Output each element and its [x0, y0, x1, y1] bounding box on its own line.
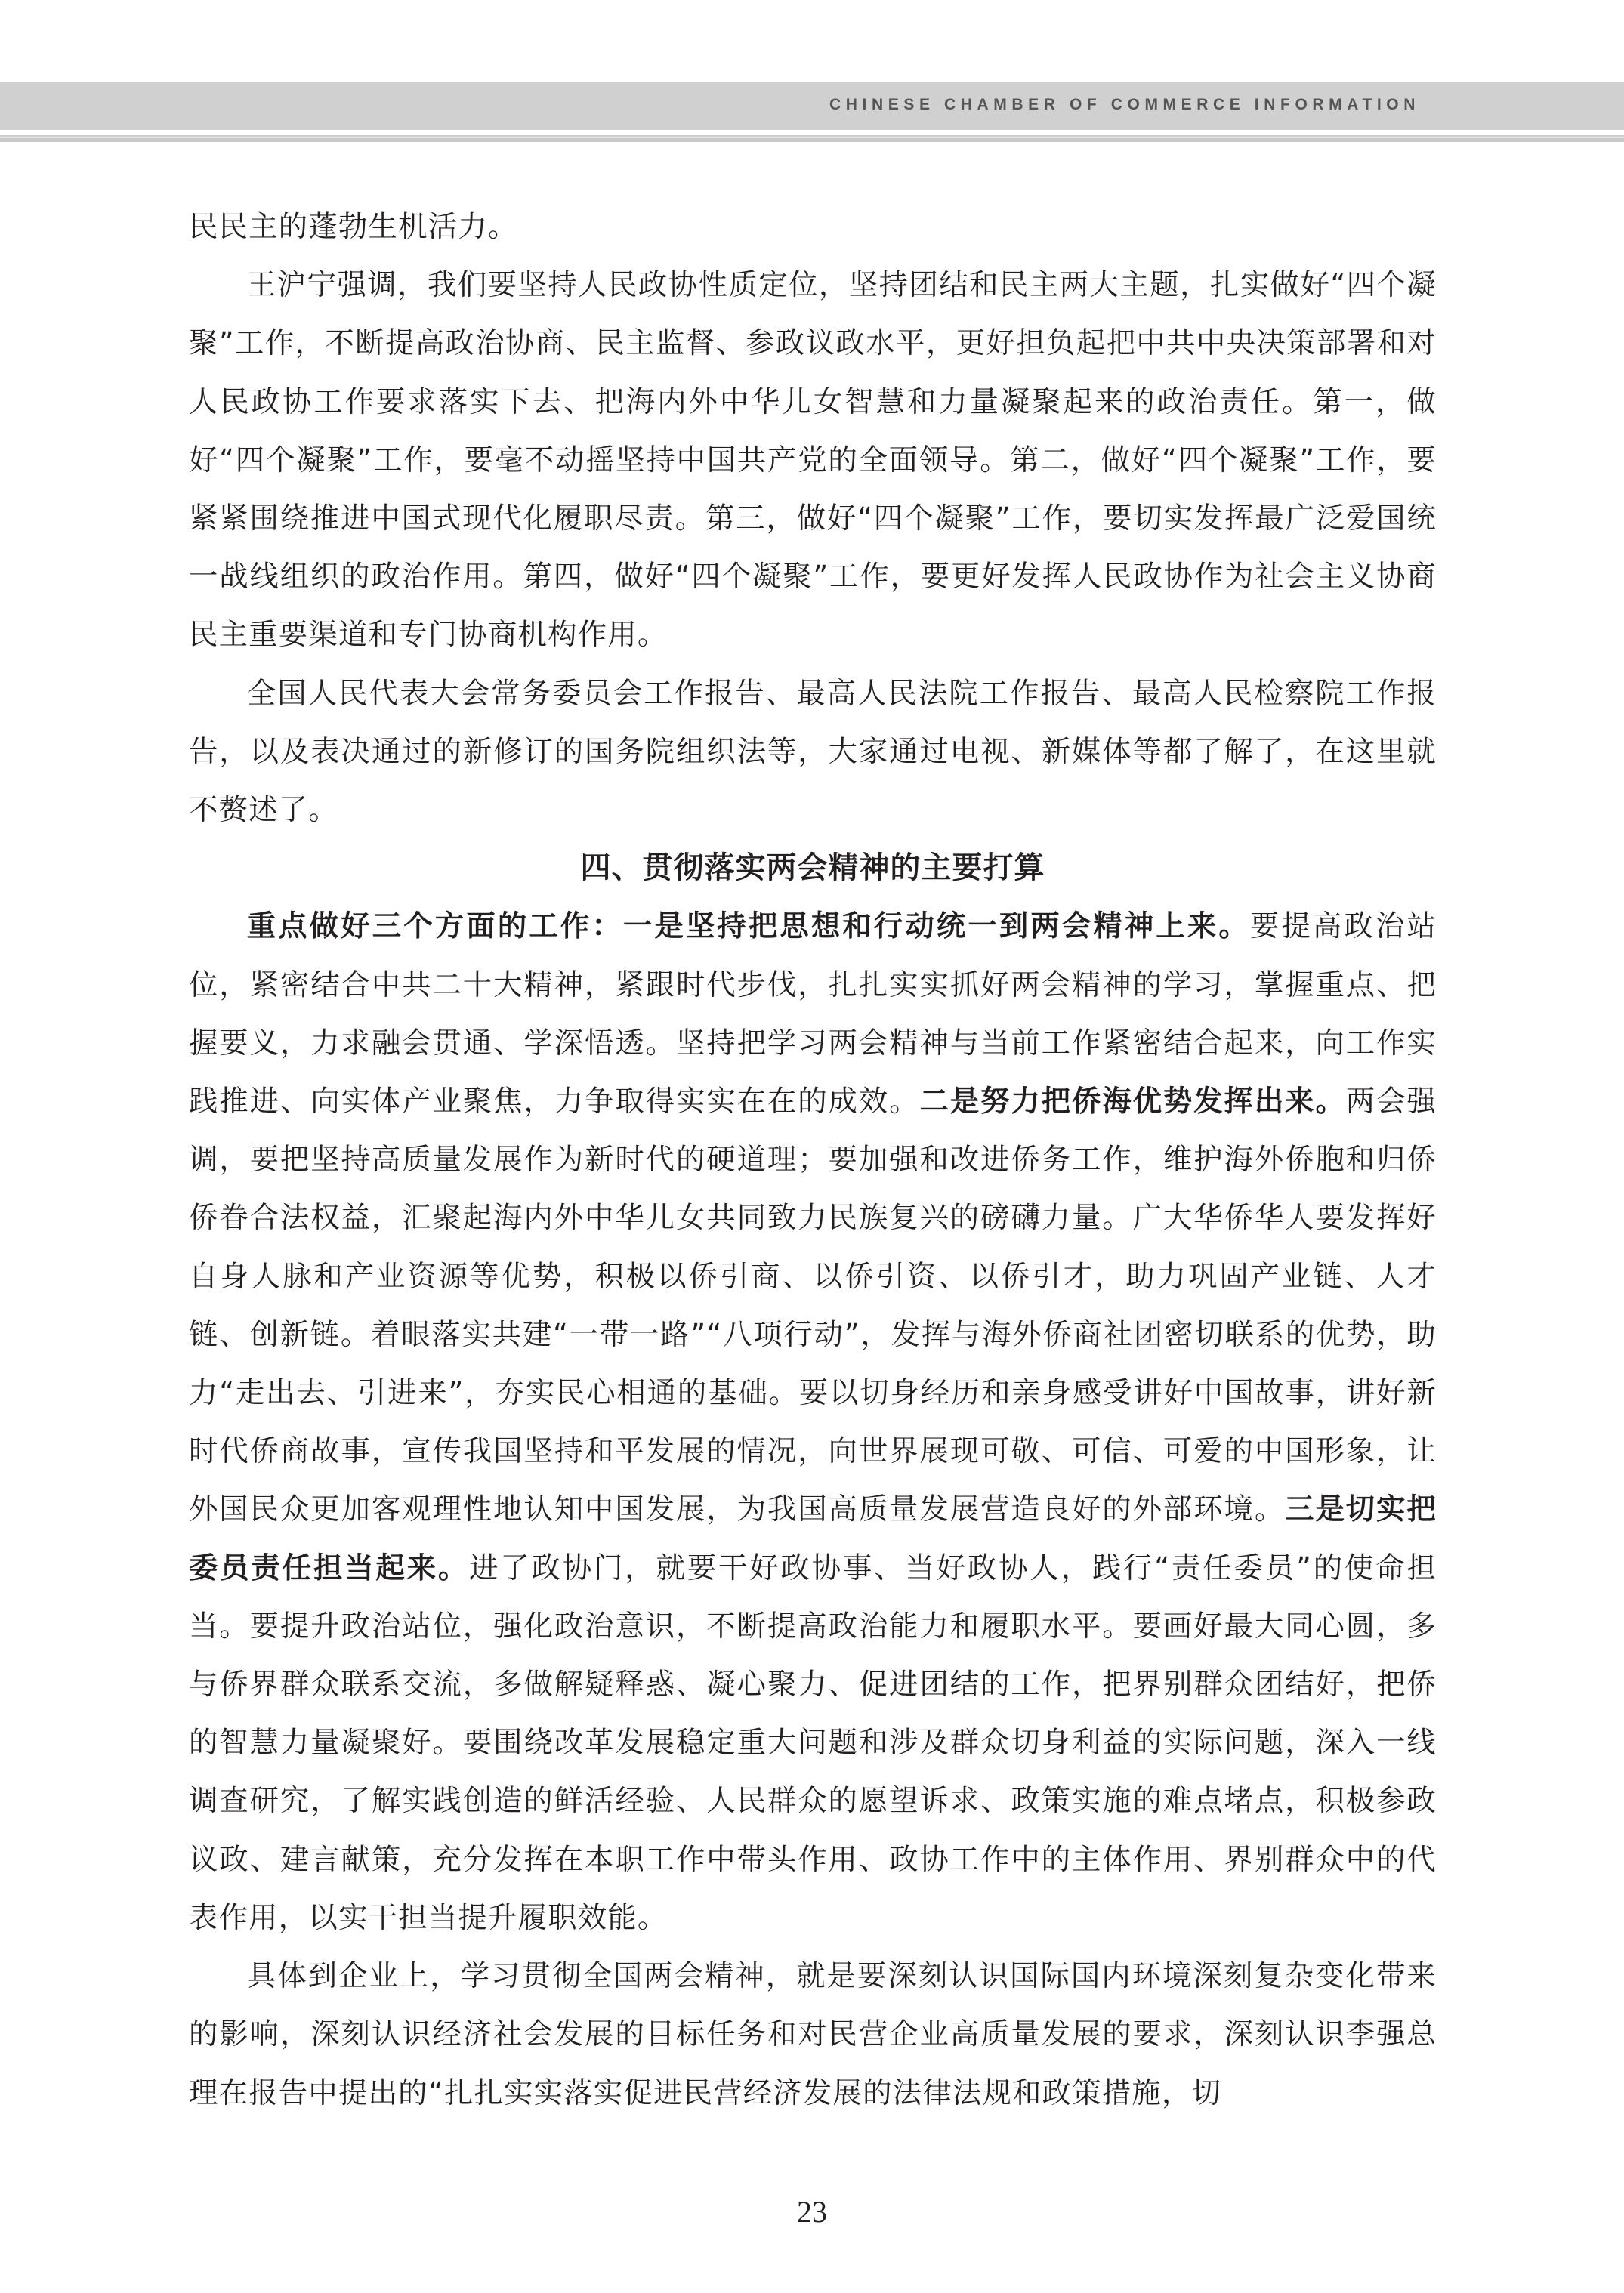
article-body: 民民主的蓬勃生机活力。 王沪宁强调，我们要坚持人民政协性质定位，坚持团结和民主两… [189, 198, 1437, 2122]
paragraph-continuation: 民民主的蓬勃生机活力。 [189, 198, 1437, 256]
bold-lead-2: 二是努力把侨海优势发挥出来。 [919, 1085, 1345, 1119]
paragraph-enterprises: 具体到企业上，学习贯彻全国两会精神，就是要深刻认识国际国内环境深刻复杂变化带来的… [189, 1947, 1437, 2122]
paragraph-three-tasks: 重点做好三个方面的工作：一是坚持把思想和行动统一到两会精神上来。要提高政治站位，… [189, 897, 1437, 1947]
publication-name: CHINESE CHAMBER OF COMMERCE INFORMATION [829, 96, 1420, 114]
text-part-3: 进了政协门，就要干好政协事、当好政协人，践行“责任委员”的使命担当。要提升政治站… [189, 1551, 1437, 1935]
paragraph-wang-huning: 王沪宁强调，我们要坚持人民政协性质定位，坚持团结和民主两大主题，扎实做好“四个凝… [189, 256, 1437, 664]
paragraph-reports: 全国人民代表大会常务委员会工作报告、最高人民法院工作报告、最高人民检察院工作报告… [189, 665, 1437, 840]
section-heading: 四、贯彻落实两会精神的主要打算 [189, 839, 1437, 897]
header-divider [0, 135, 1624, 142]
bold-lead-1: 重点做好三个方面的工作：一是坚持把思想和行动统一到两会精神上来。 [247, 909, 1250, 943]
text-part-2: 两会强调，要把坚持高质量发展作为新时代的硬道理；要加强和改进侨务工作，维护海外侨… [189, 1085, 1437, 1526]
page-number: 23 [0, 2194, 1624, 2230]
